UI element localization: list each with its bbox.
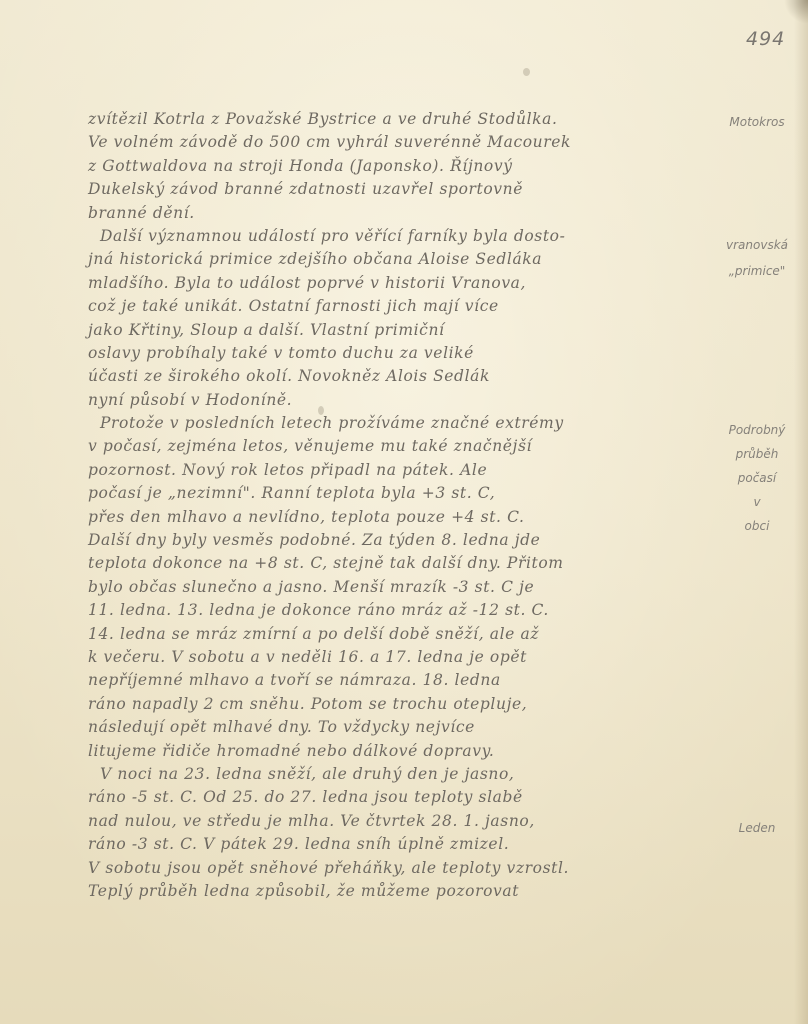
text-line: počasí je „nezimní". Ranní teplota byla … xyxy=(88,482,708,505)
text-line: Další dny byly vesměs podobné. Za týden … xyxy=(88,529,708,552)
handwritten-body: zvítězil Kotrla z Považské Bystrice a ve… xyxy=(88,108,708,903)
page-corner-shadow xyxy=(784,0,808,24)
text-line: V noci na 23. ledna sněží, ale druhý den… xyxy=(88,763,708,786)
margin-note-primice: vranovská „primice" xyxy=(712,232,802,284)
margin-note-line: „primice" xyxy=(712,258,802,284)
text-line: pozornost. Nový rok letos připadl na pát… xyxy=(88,459,708,482)
margin-note-leden: Leden xyxy=(712,816,802,840)
margin-note-line: Motokros xyxy=(712,110,802,134)
margin-note-line: Podrobný xyxy=(712,418,802,442)
text-line: účasti ze širokého okolí. Novokněz Alois… xyxy=(88,365,708,388)
margin-note-line: Leden xyxy=(712,816,802,840)
scanned-page: 494 zvítězil Kotrla z Považské Bystrice … xyxy=(0,0,808,1024)
text-line: branné dění. xyxy=(88,202,708,225)
text-line: jako Křtiny, Sloup a další. Vlastní prim… xyxy=(88,319,708,342)
margin-note-motokros: Motokros xyxy=(712,110,802,134)
margin-note-line: obci xyxy=(712,514,802,538)
paragraph-start-line: Protože v posledních letech prožíváme zn… xyxy=(88,412,708,435)
text-line: 11. ledna. 13. ledna je dokonce ráno mrá… xyxy=(88,599,708,622)
text-line: zvítězil Kotrla z Považské Bystrice a ve… xyxy=(88,108,708,131)
margin-note-line: počasí xyxy=(712,466,802,490)
text-line: bylo občas slunečno a jasno. Menší mrazí… xyxy=(88,576,708,599)
text-line: nepříjemné mlhavo a tvoří se námraza. 18… xyxy=(88,669,708,692)
text-line: litujeme řidiče hromadné nebo dálkové do… xyxy=(88,740,708,763)
text-line: Ve volném závodě do 500 cm vyhrál suveré… xyxy=(88,131,708,154)
page-number: 494 xyxy=(746,28,785,50)
text-line: z Gottwaldova na stroji Honda (Japonsko)… xyxy=(88,155,708,178)
margin-note-line: průběh xyxy=(712,442,802,466)
paragraph-start-line: Další významnou událostí pro věřící farn… xyxy=(88,225,708,248)
text-line: přes den mlhavo a nevlídno, teplota pouz… xyxy=(88,506,708,529)
text-line: V sobotu jsou opět sněhové přeháňky, ale… xyxy=(88,857,708,880)
text-line: následují opět mlhavé dny. To vždycky ne… xyxy=(88,716,708,739)
ink-stain xyxy=(523,68,530,76)
text-line: k večeru. V sobotu a v neděli 16. a 17. … xyxy=(88,646,708,669)
margin-note-line: vranovská xyxy=(712,232,802,258)
text-line: ráno -5 st. C. Od 25. do 27. ledna jsou … xyxy=(88,786,708,809)
text-line: Dukelský závod branné zdatnosti uzavřel … xyxy=(88,178,708,201)
text-line: nyní působí v Hodoníně. xyxy=(88,389,708,412)
text-line: 14. ledna se mráz zmírní a po delší době… xyxy=(88,623,708,646)
text-line: oslavy probíhaly také v tomto duchu za v… xyxy=(88,342,708,365)
margin-note-line: v xyxy=(712,490,802,514)
text-line: mladšího. Byla to událost poprvé v histo… xyxy=(88,272,708,295)
text-line: Teplý průběh ledna způsobil, že můžeme p… xyxy=(88,880,708,903)
text-line: což je také unikát. Ostatní farnosti jic… xyxy=(88,295,708,318)
text-line: nad nulou, ve středu je mlha. Ve čtvrtek… xyxy=(88,810,708,833)
text-line: ráno napadly 2 cm sněhu. Potom se trochu… xyxy=(88,693,708,716)
text-line: jná historická primice zdejšího občana A… xyxy=(88,248,708,271)
text-line: v počasí, zejména letos, věnujeme mu tak… xyxy=(88,435,708,458)
margin-note-pocasi: Podrobný průběh počasí v obci xyxy=(712,418,802,538)
text-line: ráno -3 st. C. V pátek 29. ledna sníh úp… xyxy=(88,833,708,856)
text-line: teplota dokonce na +8 st. C, stejně tak … xyxy=(88,552,708,575)
